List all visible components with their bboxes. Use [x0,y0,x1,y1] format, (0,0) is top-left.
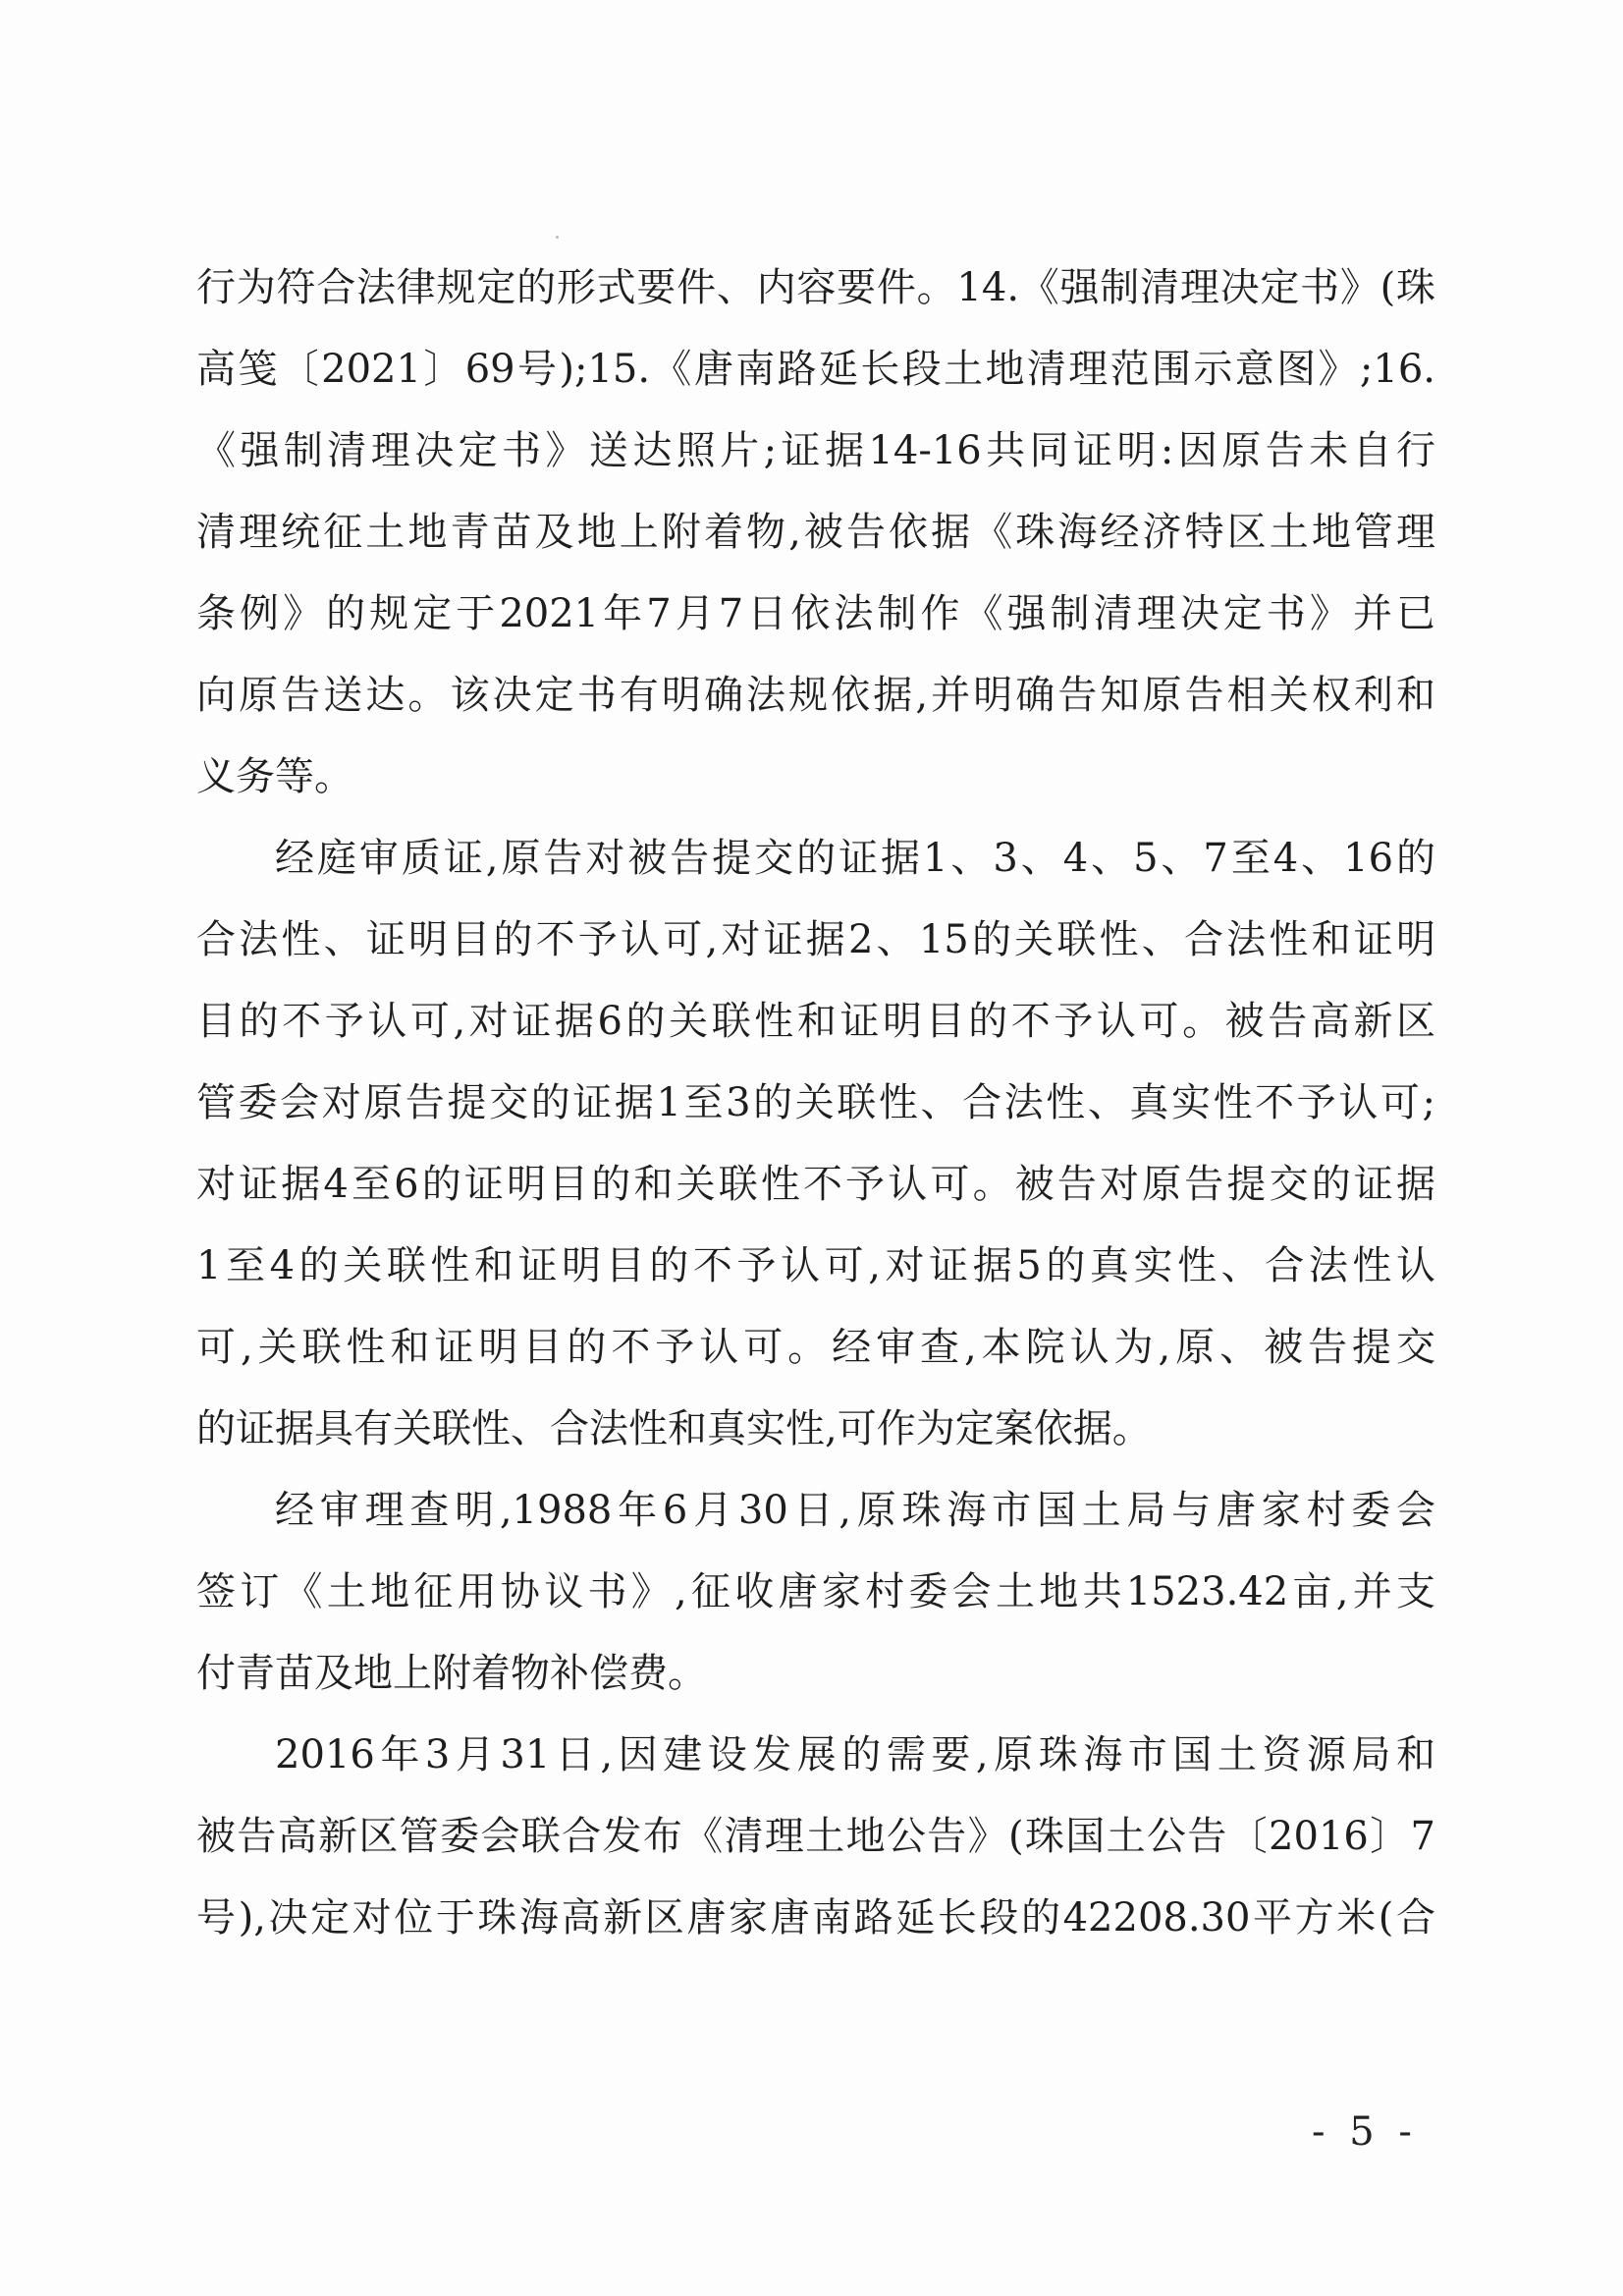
text-line: 1至4的关联性和证明目的不予认可,对证据5的真实性、合法性认 [196,1226,1435,1307]
text-line: 经庭审质证,原告对被告提交的证据1、3、4、5、7至4、16的 [196,818,1435,900]
text-line: 义务等。 [196,737,1435,818]
text-line: 号),决定对位于珠海高新区唐家唐南路延长段的42208.30平方米(合 [196,1878,1435,1959]
text-line: 清理统征土地青苗及地上附着物,被告依据《珠海经济特区土地管理 [196,492,1435,574]
paragraph-facts-2016: 2016年3月31日,因建设发展的需要,原珠海市国土资源局和 被告高新区管委会联… [196,1715,1435,1959]
text-line: 合法性、证明目的不予认可,对证据2、15的关联性、合法性和证明 [196,900,1435,981]
paragraph-cross-examination: 经庭审质证,原告对被告提交的证据1、3、4、5、7至4、16的 合法性、证明目的… [196,818,1435,1470]
text-line: 付青苗及地上附着物补偿费。 [196,1633,1435,1715]
document-body: 行为符合法律规定的形式要件、内容要件。14.《强制清理决定书》(珠 高笺〔202… [196,247,1435,1959]
text-line: 签订《土地征用协议书》,征收唐家村委会土地共1523.42亩,并支 [196,1552,1435,1633]
scan-speck [556,236,559,239]
text-line: 行为符合法律规定的形式要件、内容要件。14.《强制清理决定书》(珠 [196,247,1435,329]
paragraph-facts-1988: 经审理查明,1988年6月30日,原珠海市国土局与唐家村委会 签订《土地征用协议… [196,1470,1435,1715]
text-line: 的证据具有关联性、合法性和真实性,可作为定案依据。 [196,1389,1435,1470]
paragraph-evidence-14-16: 行为符合法律规定的形式要件、内容要件。14.《强制清理决定书》(珠 高笺〔202… [196,247,1435,818]
text-line: 高笺〔2021〕69号);15.《唐南路延长段土地清理范围示意图》;16. [196,329,1435,410]
text-line: 管委会对原告提交的证据1至3的关联性、合法性、真实性不予认可; [196,1063,1435,1144]
text-line: 被告高新区管委会联合发布《清理土地公告》(珠国土公告〔2016〕7 [196,1796,1435,1878]
text-line: 对证据4至6的证明目的和关联性不予认可。被告对原告提交的证据 [196,1144,1435,1226]
document-page: 行为符合法律规定的形式要件、内容要件。14.《强制清理决定书》(珠 高笺〔202… [0,0,1623,2296]
text-line: 可,关联性和证明目的不予认可。经审查,本院认为,原、被告提交 [196,1307,1435,1389]
page-number: - 5 - [1312,2109,1418,2155]
text-line: 目的不予认可,对证据6的关联性和证明目的不予认可。被告高新区 [196,981,1435,1063]
text-line: 向原告送达。该决定书有明确法规依据,并明确告知原告相关权利和 [196,655,1435,737]
text-line: 经审理查明,1988年6月30日,原珠海市国土局与唐家村委会 [196,1470,1435,1552]
text-line: 《强制清理决定书》送达照片;证据14-16共同证明:因原告未自行 [196,410,1435,492]
text-line: 条例》的规定于2021年7月7日依法制作《强制清理决定书》并已 [196,574,1435,655]
text-line: 2016年3月31日,因建设发展的需要,原珠海市国土资源局和 [196,1715,1435,1796]
